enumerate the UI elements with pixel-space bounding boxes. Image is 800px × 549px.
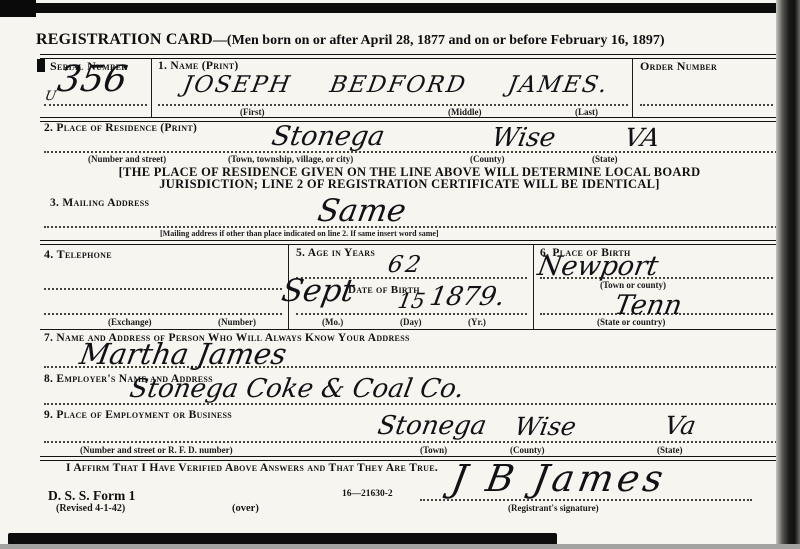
employment-sub-street: (Number and street or R. F. D. number) (80, 445, 233, 455)
serial-number-value: 356 (55, 62, 130, 98)
registrant-signature-value: J B James (449, 460, 670, 497)
employment-entry-line (44, 441, 777, 443)
mailing-sub-label: [Mailing address if other than place ind… (160, 229, 439, 238)
dob-sub-year: (Yr.) (468, 317, 486, 327)
age-value: 62 (386, 254, 425, 277)
telephone-sub-number: (Number) (218, 317, 256, 327)
divider-age-birth (533, 244, 534, 329)
print-code: 16—21630-2 (342, 489, 393, 499)
name-first-value: JOSEPH (181, 74, 293, 97)
residence-entry-line (44, 151, 777, 153)
telephone-entry-line-1 (44, 288, 282, 290)
name-sub-first: (First) (240, 107, 265, 117)
birth-town-value: Newport (536, 253, 661, 280)
rule-row4-bottom (40, 329, 777, 330)
dob-sub-day: (Day) (400, 317, 422, 327)
scan-edge-top (0, 3, 800, 13)
age-label: 5. Age in Years (296, 247, 375, 259)
residence-county-value: Wise (490, 125, 558, 151)
telephone-entry-line-2 (44, 313, 282, 315)
residence-label: 2. Place of Residence (Print) (44, 122, 197, 134)
employment-state-value: Va (663, 413, 698, 438)
dob-month-value: Sept (279, 276, 356, 307)
scan-edge-right (776, 0, 800, 549)
scan-tick-mark (37, 59, 45, 72)
dob-entry-line (296, 313, 527, 315)
name-sub-last: (Last) (575, 107, 598, 117)
card-title-main: REGISTRATION CARD (36, 31, 213, 48)
residence-sub-street: (Number and street) (88, 154, 166, 164)
birth-state-value: Tenn (613, 292, 684, 319)
employment-town-value: Stonega (376, 413, 489, 439)
over-note: (over) (232, 503, 259, 514)
affirm-statement: I Affirm That I Have Verified Above Answ… (66, 462, 438, 474)
order-number-label: Order Number (640, 59, 717, 74)
residence-sub-state: (State) (592, 154, 618, 164)
name-sub-middle: (Middle) (448, 107, 482, 117)
dob-year-value: 1879. (428, 284, 507, 310)
telephone-label: 4. Telephone (44, 247, 112, 262)
rule-row3-bottom (40, 240, 777, 245)
mailing-entry-line (44, 226, 777, 228)
registration-card-scan: REGISTRATION CARD—(Men born on or after … (0, 0, 800, 549)
order-entry-line (640, 104, 773, 106)
residence-sub-county: (County) (470, 154, 505, 164)
divider-name-order (632, 58, 633, 117)
residence-town-value: Stonega (270, 123, 387, 150)
dob-day-value: 15 (396, 291, 426, 312)
contact-value: Martha James (77, 340, 288, 369)
form-revision: (Revised 4-1-42) (56, 503, 125, 514)
jurisdiction-line2: JURISDICTION; LINE 2 OF REGISTRATION CER… (42, 177, 777, 192)
employment-sub-town: (Town) (420, 445, 447, 455)
residence-sub-town: (Town, township, village, or city) (228, 154, 353, 164)
name-last-value: JAMES. (506, 74, 610, 97)
scan-edge-bottom (0, 544, 800, 549)
card-title: REGISTRATION CARD—(Men born on or after … (36, 31, 665, 49)
mailing-address-label: 3. Mailing Address (50, 197, 149, 209)
mailing-address-value: Same (315, 196, 408, 227)
employment-label: 9. Place of Employment or Business (44, 409, 232, 421)
form-number: D. S. S. Form 1 (48, 488, 135, 504)
name-entry-line (158, 104, 628, 106)
employment-county-value: Wise (513, 414, 578, 439)
scan-corner-blob (0, 0, 36, 17)
dob-sub-month: (Mo.) (322, 317, 343, 327)
signature-sub-label: (Registrant's signature) (508, 503, 599, 513)
residence-state-value: VA (623, 125, 662, 150)
divider-serial-name (151, 58, 152, 117)
name-label: 1. Name (Print) (158, 60, 239, 72)
card-title-rest: —(Men born on or after April 28, 1877 an… (213, 33, 665, 48)
employer-value: Stonega Coke & Coal Co. (128, 376, 466, 402)
employment-sub-county: (County) (510, 445, 545, 455)
name-middle-value: BEDFORD (328, 74, 469, 97)
telephone-sub-exchange: (Exchange) (108, 317, 152, 327)
serial-entry-line (44, 104, 147, 106)
employment-sub-state: (State) (657, 445, 683, 455)
